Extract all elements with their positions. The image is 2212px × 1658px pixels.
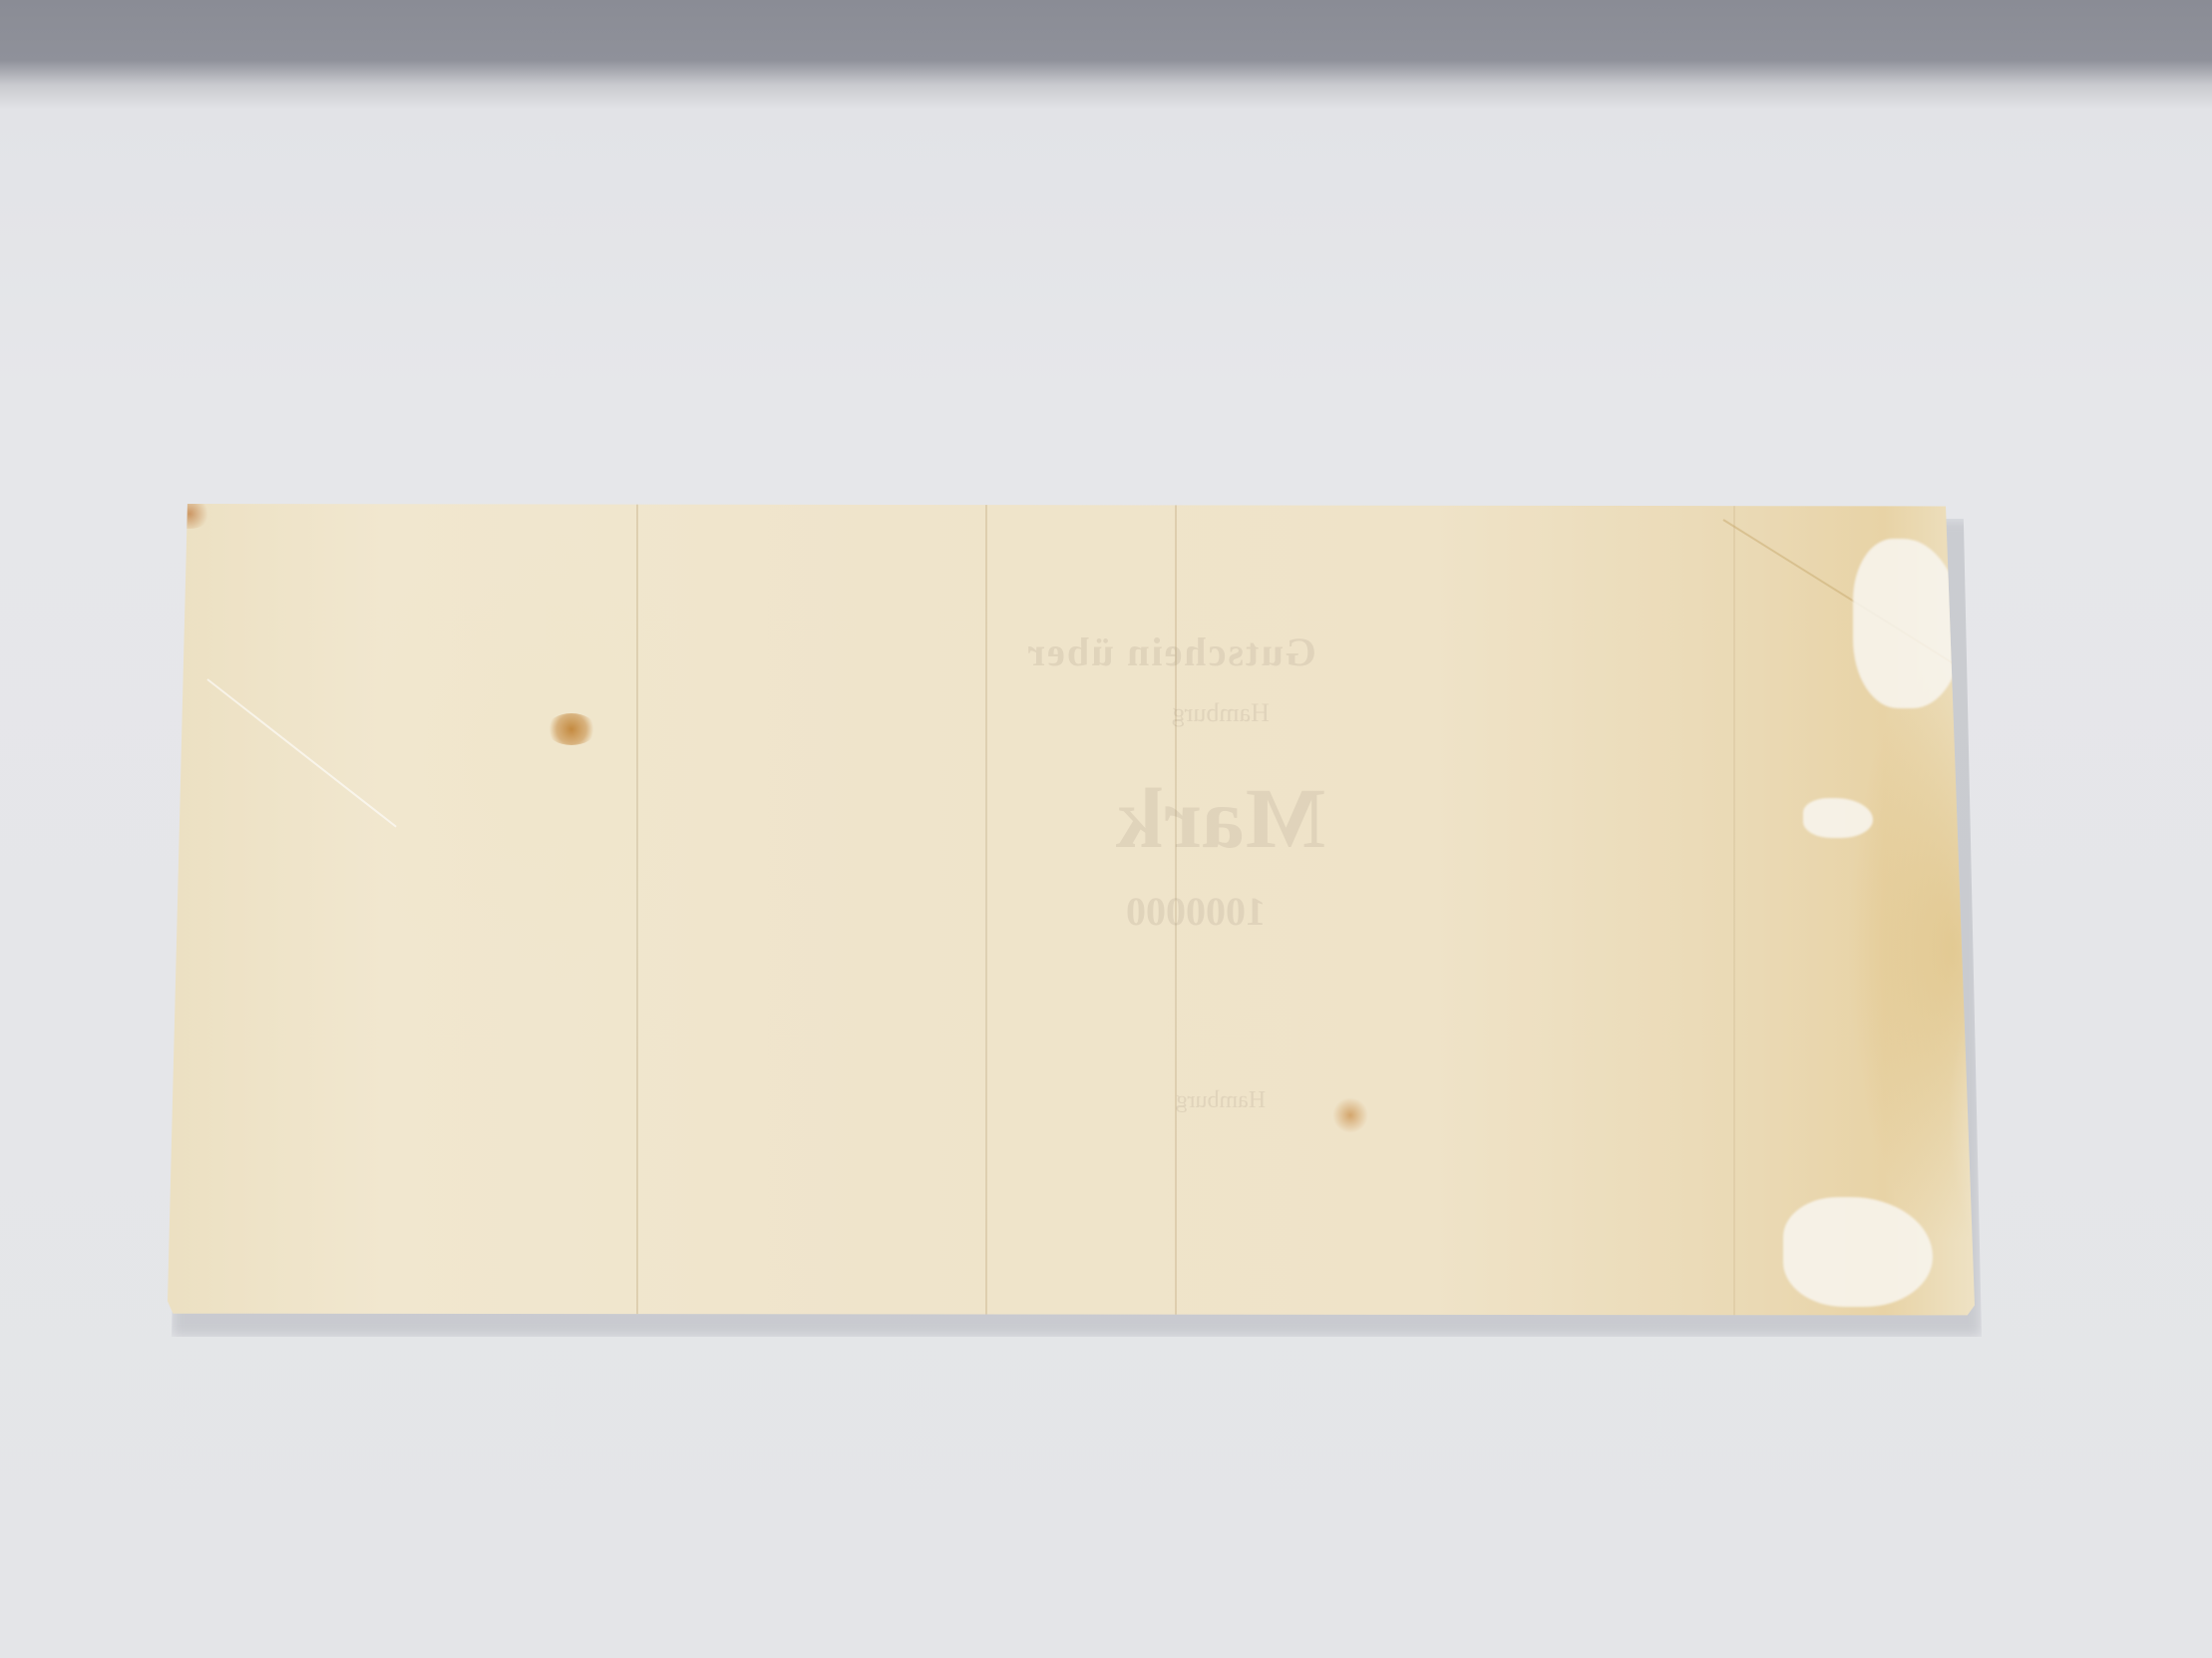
- bleed-through-line: Hamburg: [766, 1087, 1675, 1114]
- peeled-area: [1803, 798, 1873, 838]
- bleed-through-value: 1000000: [766, 888, 1626, 935]
- crease: [206, 678, 396, 827]
- banknote-back: Gutschein über Hamburg Mark 1000000 Hamb…: [168, 499, 1975, 1327]
- bleed-through-denomination: Mark: [766, 768, 1675, 868]
- vertical-fold: [1733, 499, 1735, 1327]
- corner-stain: [168, 499, 211, 529]
- vertical-fold: [636, 499, 638, 1327]
- bleed-through-line: Hamburg: [766, 698, 1675, 728]
- peeled-area: [1783, 1197, 1933, 1307]
- bleed-through-title: Gutschein über: [766, 628, 1576, 675]
- rust-stain: [547, 713, 596, 745]
- peeled-area: [1853, 539, 1963, 708]
